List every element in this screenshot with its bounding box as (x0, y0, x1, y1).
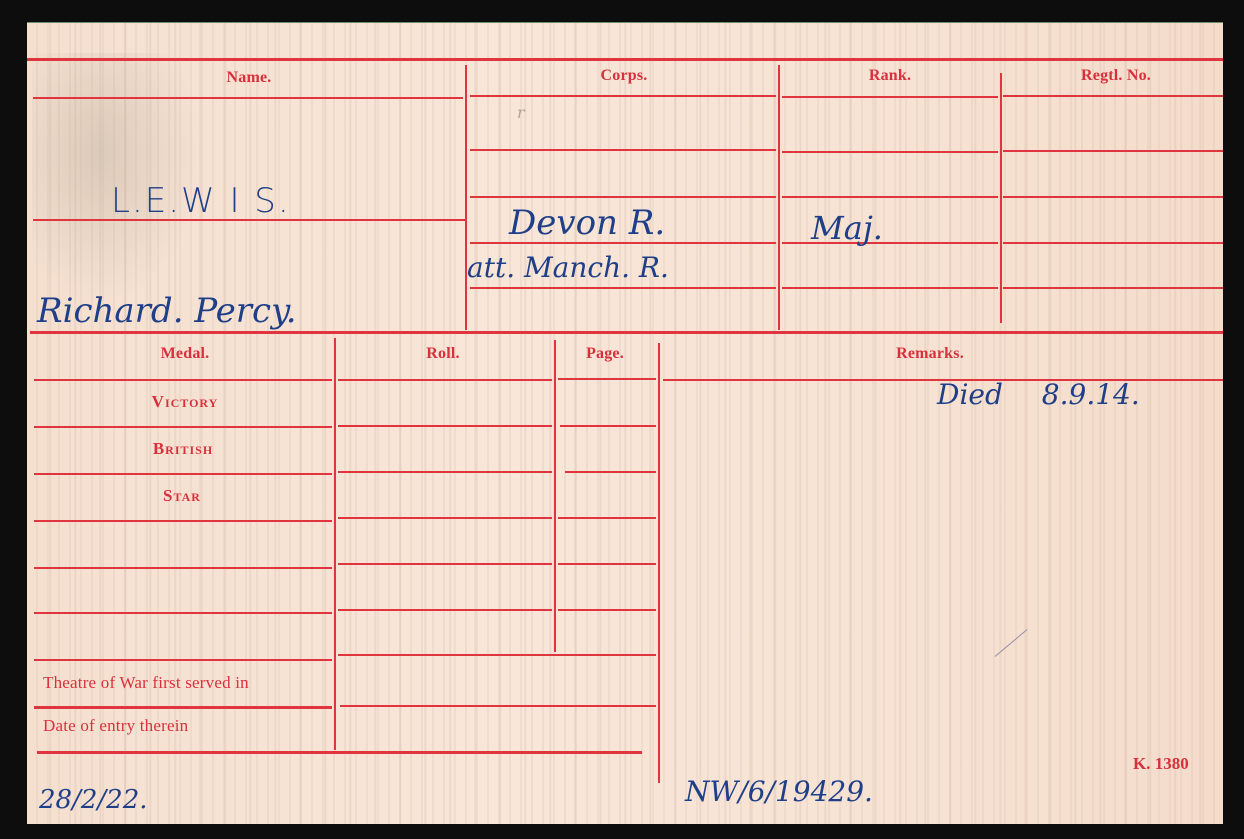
pencil-mark (995, 629, 1028, 657)
roll-rule (338, 609, 552, 611)
regtl-rule (1003, 287, 1223, 289)
page-rule (558, 517, 656, 519)
page-header: Page. (586, 345, 624, 363)
rank-rule (782, 196, 998, 198)
stain (32, 53, 202, 303)
medal-victory: Victory (152, 392, 219, 412)
bottom-table-rule (37, 751, 642, 754)
forenames-value: Richard. Percy. (37, 291, 297, 331)
section-divider-rule (30, 331, 1223, 334)
medal-header: Medal. (161, 345, 210, 363)
surname-value: L.E.W I S. (111, 181, 291, 221)
name-header: Name. (227, 69, 272, 87)
medal-star: Star (163, 486, 201, 506)
rank-rule (782, 96, 998, 98)
regtl-rule (1003, 196, 1223, 198)
roll-rule (338, 517, 552, 519)
page-rule (558, 563, 656, 565)
roll-page-divider (554, 340, 556, 652)
regtl-rule (1003, 150, 1223, 152)
medal-rule (34, 706, 332, 709)
regtl-rule (1003, 95, 1223, 97)
corps-value-2: att. Manch. R. (467, 251, 669, 284)
roll-header: Roll. (426, 345, 459, 363)
date-of-entry-label: Date of entry therein (43, 716, 188, 736)
name-corps-divider (465, 65, 467, 330)
medal-british: British (153, 439, 213, 459)
rank-regtl-divider (1000, 73, 1002, 323)
reference-number: NW/6/19429. (685, 775, 873, 808)
medal-rule (34, 659, 332, 661)
page-rule (560, 425, 656, 427)
regtl-no-header: Regtl. No. (1081, 67, 1151, 85)
theatre-label: Theatre of War first served in (43, 673, 249, 693)
remarks-value: Died 8.9.14. (937, 378, 1140, 411)
corps-value-1: Devon R. (509, 203, 665, 243)
remarks-header: Remarks. (896, 345, 964, 363)
roll-rule (338, 471, 552, 473)
top-rule (27, 58, 1223, 61)
regtl-rule (1003, 242, 1223, 244)
rank-rule (782, 287, 998, 289)
rank-header: Rank. (869, 67, 911, 85)
rank-value: Maj. (811, 209, 883, 247)
rank-rule (782, 151, 998, 153)
corps-rule (470, 287, 776, 289)
page-rule (558, 609, 656, 611)
name-rule (33, 97, 463, 99)
medal-rule (34, 567, 332, 569)
corps-rule (470, 95, 776, 97)
roll-rule (338, 563, 552, 565)
corps-header: Corps. (601, 67, 648, 85)
medal-index-card: Name. Corps. Rank. Regtl. No. L.E.W I S.… (27, 22, 1223, 824)
medal-roll-divider (334, 338, 336, 750)
medal-rule (34, 379, 332, 381)
medal-rule (34, 473, 332, 475)
form-code: K. 1380 (1133, 754, 1189, 774)
roll-rule (338, 379, 552, 381)
corps-rule (470, 149, 776, 151)
roll-rule (338, 425, 552, 427)
date-stamp: 28/2/22. (39, 785, 148, 815)
corps-pencil-mark: r (517, 103, 525, 122)
corps-rule (470, 196, 776, 198)
medal-rule (34, 426, 332, 428)
page-rule (565, 471, 656, 473)
medal-rule (34, 612, 332, 614)
page-remarks-divider (658, 343, 660, 783)
medal-rule (34, 520, 332, 522)
page-rule (558, 378, 656, 380)
roll-rule (340, 705, 656, 707)
corps-rank-divider (778, 65, 780, 330)
roll-rule (338, 654, 656, 656)
